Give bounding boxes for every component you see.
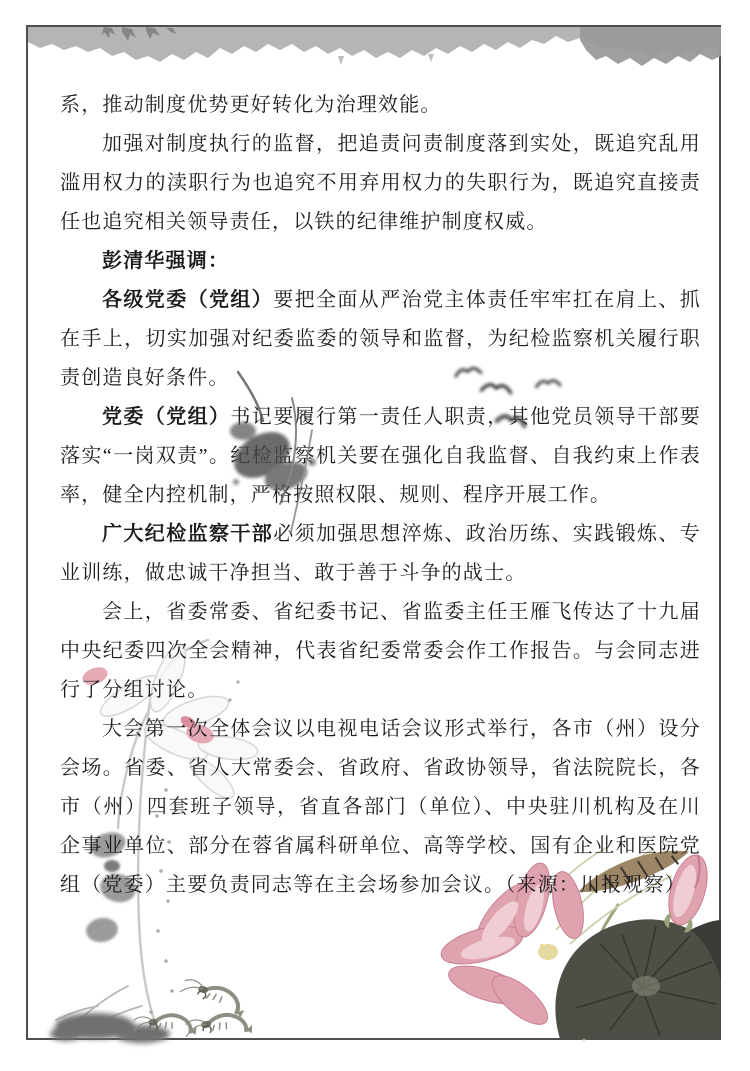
- body-text: 会上，省委常委、省纪委书记、省监委主任王雁飞传达了十九届中央纪委四次全会精神，代…: [60, 601, 701, 701]
- body-text: 大会第一次全体会议以电视电话会议形式举行，各市（州）设分会场。省委、省人大常委会…: [60, 718, 701, 896]
- paragraph: 会上，省委常委、省纪委书记、省监委主任王雁飞传达了十九届中央纪委四次全会精神，代…: [60, 593, 701, 710]
- paragraph: 彭清华强调：: [60, 242, 701, 281]
- paragraph: 各级党委（党组）要把全面从严治党主体责任牢牢扛在肩上、抓在手上，切实加强对纪委监…: [60, 281, 701, 398]
- paragraph: 广大纪检监察干部必须加强思想淬炼、政治历练、实践锻炼、专业训练，做忠诚干净担当、…: [60, 515, 701, 593]
- paragraph: 大会第一次全体会议以电视电话会议形式举行，各市（州）设分会场。省委、省人大常委会…: [60, 710, 701, 905]
- emphasis-text: 党委（党组）: [102, 406, 230, 428]
- paragraph: 党委（党组）书记要履行第一责任人职责，其他党员领导干部要落实“一岗双责”。纪检监…: [60, 398, 701, 515]
- emphasis-text: 广大纪检监察干部: [102, 523, 273, 545]
- paragraph: 加强对制度执行的监督，把追责问责制度落到实处，既追究乱用滥用权力的渎职行为也追究…: [60, 125, 701, 242]
- document-text: 系，推动制度优势更好转化为治理效能。加强对制度执行的监督，把追责问责制度落到实处…: [60, 86, 701, 905]
- paragraph: 系，推动制度优势更好转化为治理效能。: [60, 86, 701, 125]
- emphasis-text: 彭清华强调：: [102, 250, 229, 272]
- body-text: 系，推动制度优势更好转化为治理效能。: [60, 94, 442, 116]
- body-text: 加强对制度执行的监督，把追责问责制度落到实处，既追究乱用滥用权力的渎职行为也追究…: [60, 133, 701, 233]
- emphasis-text: 各级党委（党组）: [102, 289, 273, 311]
